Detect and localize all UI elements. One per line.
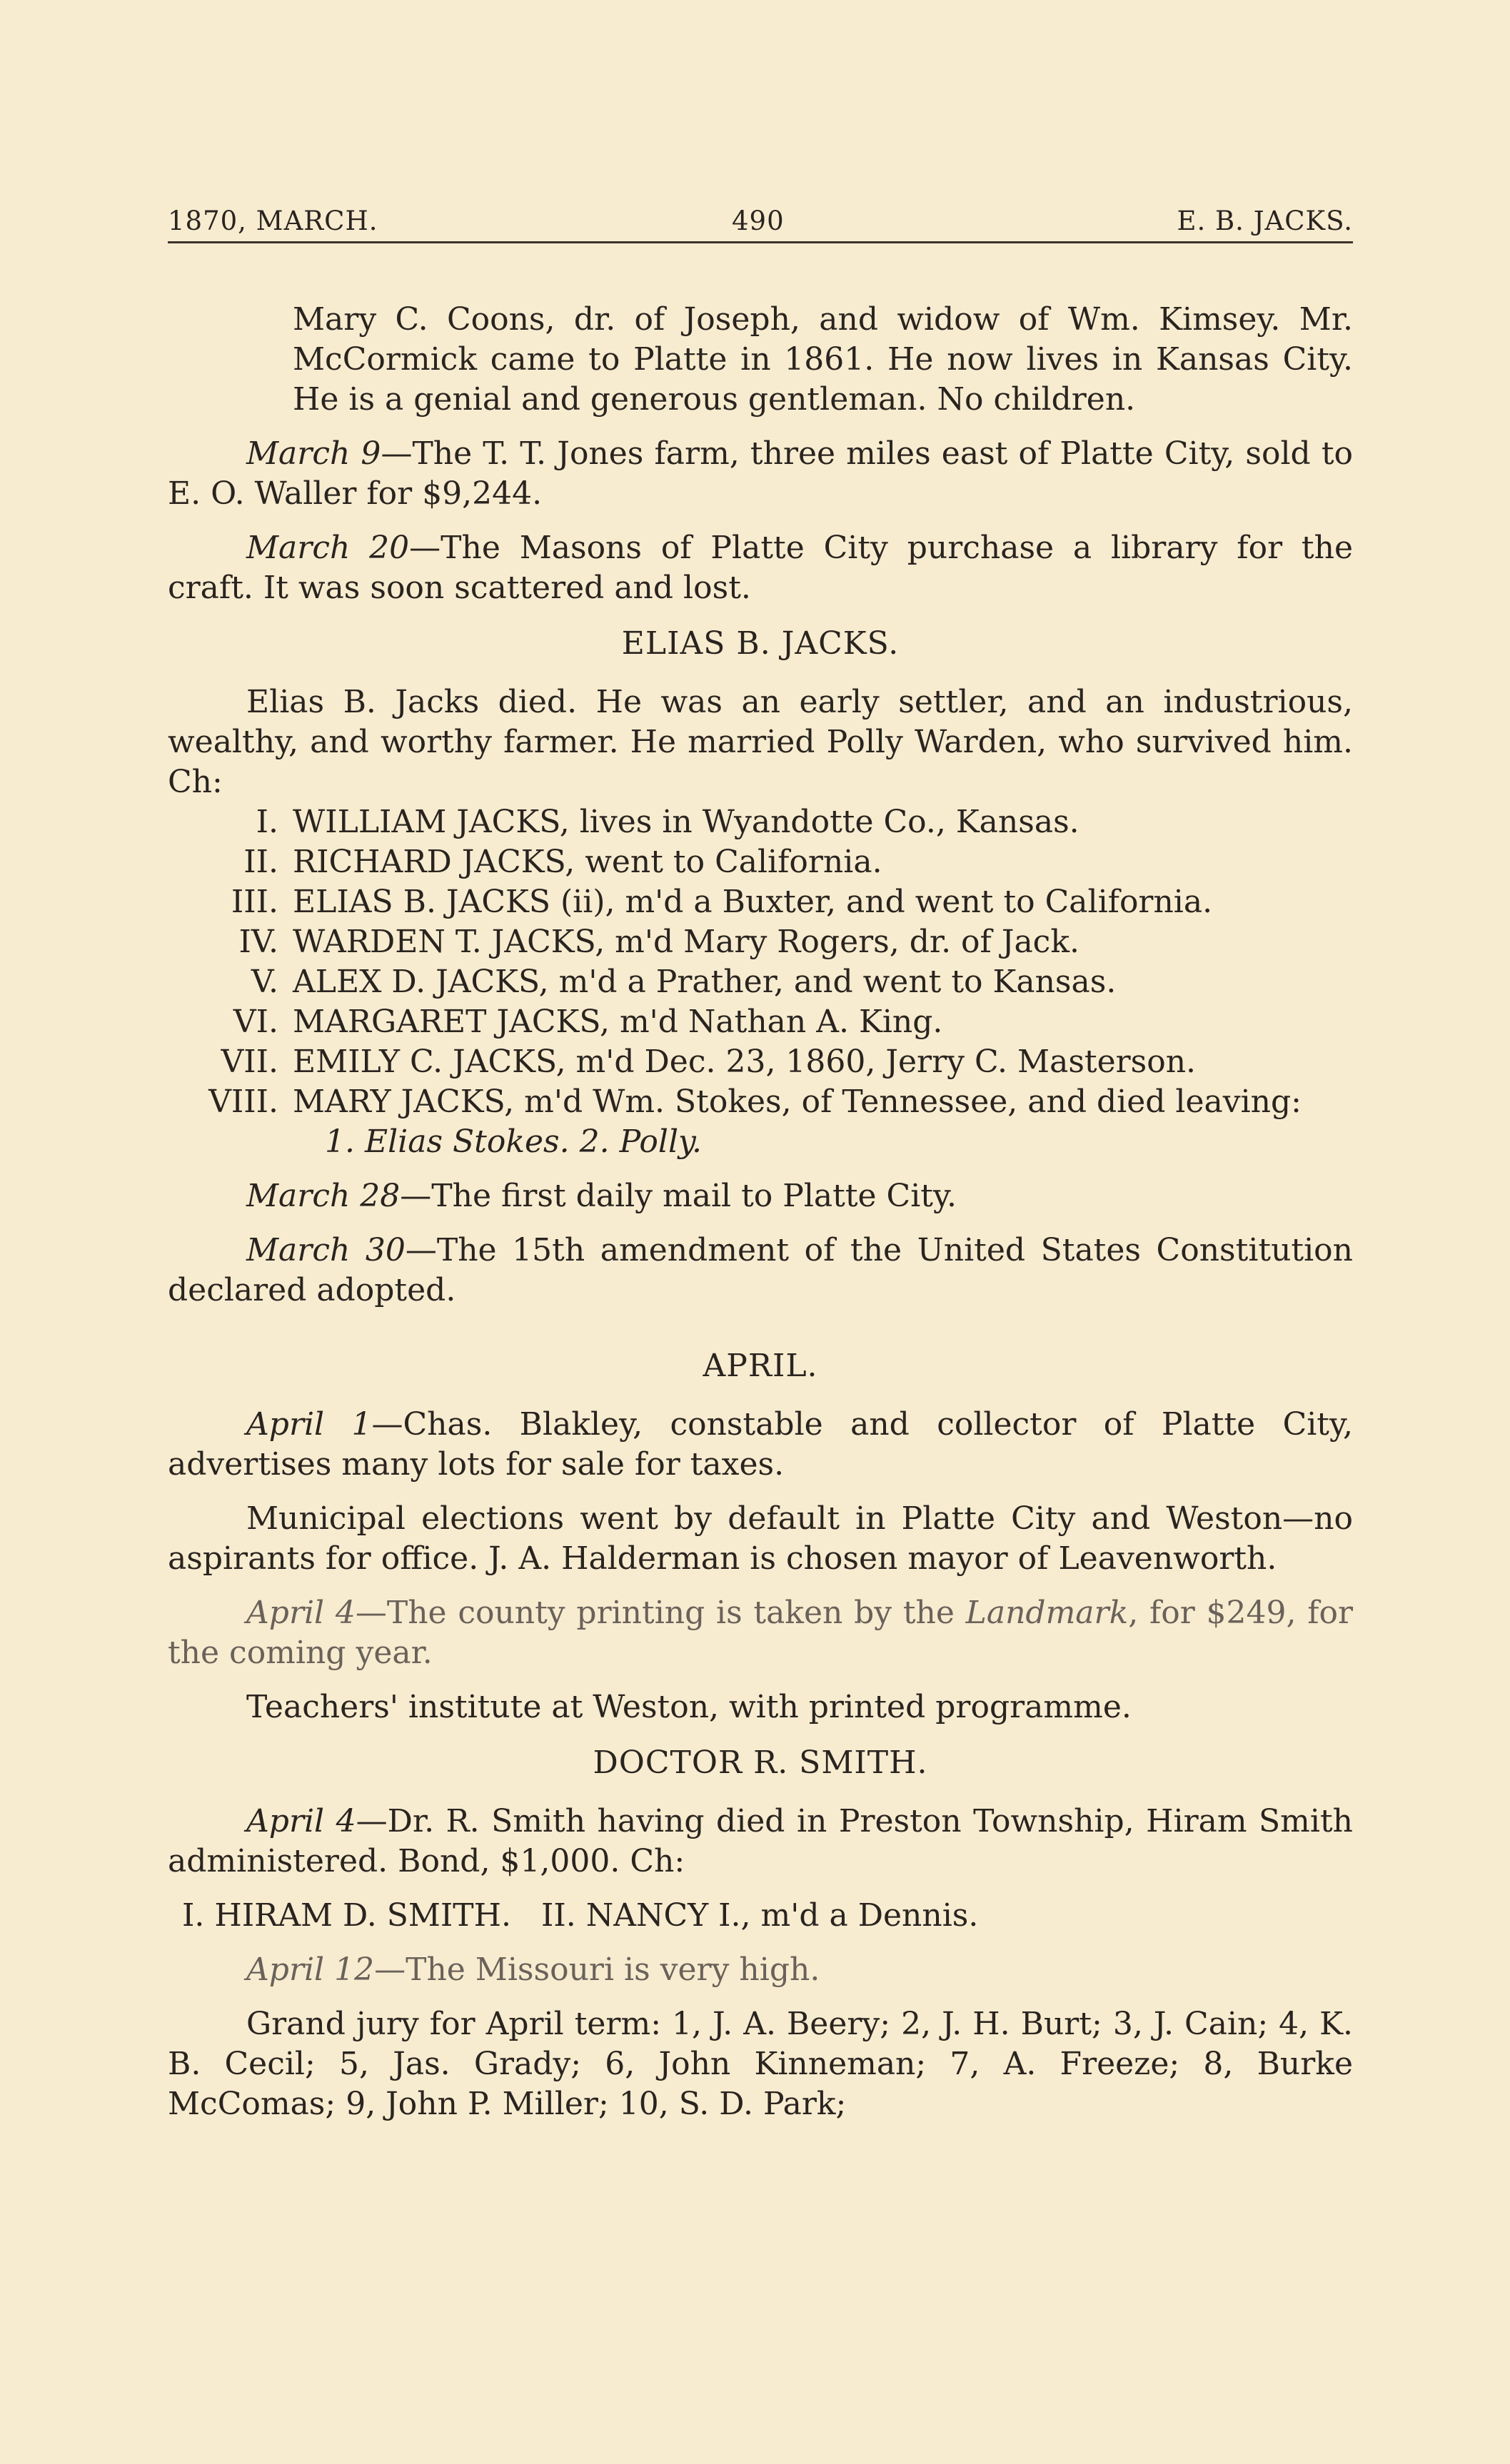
paragraph: Elias B. Jacks died. He was an early set… bbox=[168, 682, 1353, 802]
list-item: VI.MARGARET JACKS, m'd Nathan A. King. bbox=[168, 1002, 1353, 1042]
children-list: I.WILLIAM JACKS, lives in Wyandotte Co.,… bbox=[168, 802, 1353, 1122]
item-text: EMILY C. JACKS, m'd Dec. 23, 1860, Jerry… bbox=[293, 1042, 1353, 1082]
item-text: WILLIAM JACKS, lives in Wyandotte Co., K… bbox=[293, 802, 1353, 842]
list-item: VII.EMILY C. JACKS, m'd Dec. 23, 1860, J… bbox=[168, 1042, 1353, 1082]
entry-date: April 4 bbox=[246, 1595, 356, 1631]
entry-march-20: March 20—The Masons of Platte City purch… bbox=[168, 528, 1353, 608]
list-item: V.ALEX D. JACKS, m'd a Prather, and went… bbox=[168, 962, 1353, 1002]
section-heading: ELIAS B. JACKS. bbox=[168, 624, 1353, 664]
section-heading: APRIL. bbox=[168, 1346, 1353, 1386]
entry-date: March 20 bbox=[246, 530, 409, 566]
list-item: IV.WARDEN T. JACKS, m'd Mary Rogers, dr.… bbox=[168, 922, 1353, 962]
entry-april-12: April 12—The Missouri is very high. bbox=[168, 1950, 1353, 1990]
entry-date: April 4 bbox=[246, 1803, 356, 1839]
item-text: ALEX D. JACKS, m'd a Prather, and went t… bbox=[293, 962, 1353, 1002]
entry-april-1: April 1—Chas. Blakley, constable and col… bbox=[168, 1405, 1353, 1485]
page-body: Mary C. Coons, dr. of Joseph, and widow … bbox=[168, 300, 1353, 2139]
entry-text: —The first daily mail to Platte City. bbox=[400, 1178, 957, 1214]
item-number: V. bbox=[168, 962, 293, 1002]
entry-date: March 30 bbox=[246, 1232, 406, 1268]
grandchildren-names: 1. Elias Stokes. 2. Polly. bbox=[325, 1124, 702, 1160]
item-number: II. bbox=[168, 842, 293, 882]
item-text: RICHARD JACKS, went to California. bbox=[293, 842, 1353, 882]
section-heading: DOCTOR R. SMITH. bbox=[168, 1743, 1353, 1783]
entry-march-30: March 30—The 15th amendment of the Unite… bbox=[168, 1231, 1353, 1311]
entry-text: —The Missouri is very high. bbox=[374, 1951, 820, 1988]
entry-march-28: March 28—The first daily mail to Platte … bbox=[168, 1176, 1353, 1216]
item-number: I. bbox=[168, 802, 293, 842]
item-number: VII. bbox=[168, 1042, 293, 1082]
item-number: VIII. bbox=[168, 1082, 293, 1122]
item-number: VI. bbox=[168, 1002, 293, 1042]
entry-march-9: March 9—The T. T. Jones farm, three mile… bbox=[168, 434, 1353, 514]
list-item: II.RICHARD JACKS, went to California. bbox=[168, 842, 1353, 882]
item-text: MARY JACKS, m'd Wm. Stokes, of Tennessee… bbox=[293, 1082, 1353, 1122]
smith-children: I. HIRAM D. SMITH. II. NANCY I., m'd a D… bbox=[168, 1896, 1353, 1936]
list-item: I.WILLIAM JACKS, lives in Wyandotte Co.,… bbox=[168, 802, 1353, 842]
header-rule bbox=[168, 241, 1353, 243]
entry-text: —The county printing is taken by the bbox=[356, 1595, 966, 1631]
entry-date: March 28 bbox=[246, 1178, 400, 1214]
paragraph: Municipal elections went by default in P… bbox=[168, 1499, 1353, 1579]
entry-april-4: April 4—The county printing is taken by … bbox=[168, 1593, 1353, 1673]
list-item: III.ELIAS B. JACKS (ii), m'd a Buxter, a… bbox=[168, 882, 1353, 922]
paragraph: Teachers' institute at Weston, with prin… bbox=[168, 1687, 1353, 1727]
paragraph: Mary C. Coons, dr. of Joseph, and widow … bbox=[168, 300, 1353, 420]
item-number: IV. bbox=[168, 922, 293, 962]
header-subject: E. B. JACKS. bbox=[1177, 206, 1353, 236]
entry-date: April 12 bbox=[246, 1951, 374, 1988]
list-item: VIII.MARY JACKS, m'd Wm. Stokes, of Tenn… bbox=[168, 1082, 1353, 1122]
running-header: 1870, MARCH. 490 E. B. JACKS. bbox=[168, 206, 1353, 241]
grandchildren: 1. Elias Stokes. 2. Polly. bbox=[168, 1122, 1353, 1162]
header-date: 1870, MARCH. bbox=[168, 206, 378, 236]
entry-april-4-smith: April 4—Dr. R. Smith having died in Pres… bbox=[168, 1802, 1353, 1882]
newspaper-name: Landmark bbox=[966, 1595, 1129, 1631]
grand-jury-paragraph: Grand jury for April term: 1, J. A. Beer… bbox=[168, 2004, 1353, 2124]
page-number: 490 bbox=[732, 206, 785, 236]
entry-date: March 9 bbox=[246, 435, 381, 472]
item-text: MARGARET JACKS, m'd Nathan A. King. bbox=[293, 1002, 1353, 1042]
entry-date: April 1 bbox=[246, 1406, 372, 1443]
item-number: III. bbox=[168, 882, 293, 922]
item-text: WARDEN T. JACKS, m'd Mary Rogers, dr. of… bbox=[293, 922, 1353, 962]
item-text: ELIAS B. JACKS (ii), m'd a Buxter, and w… bbox=[293, 882, 1353, 922]
